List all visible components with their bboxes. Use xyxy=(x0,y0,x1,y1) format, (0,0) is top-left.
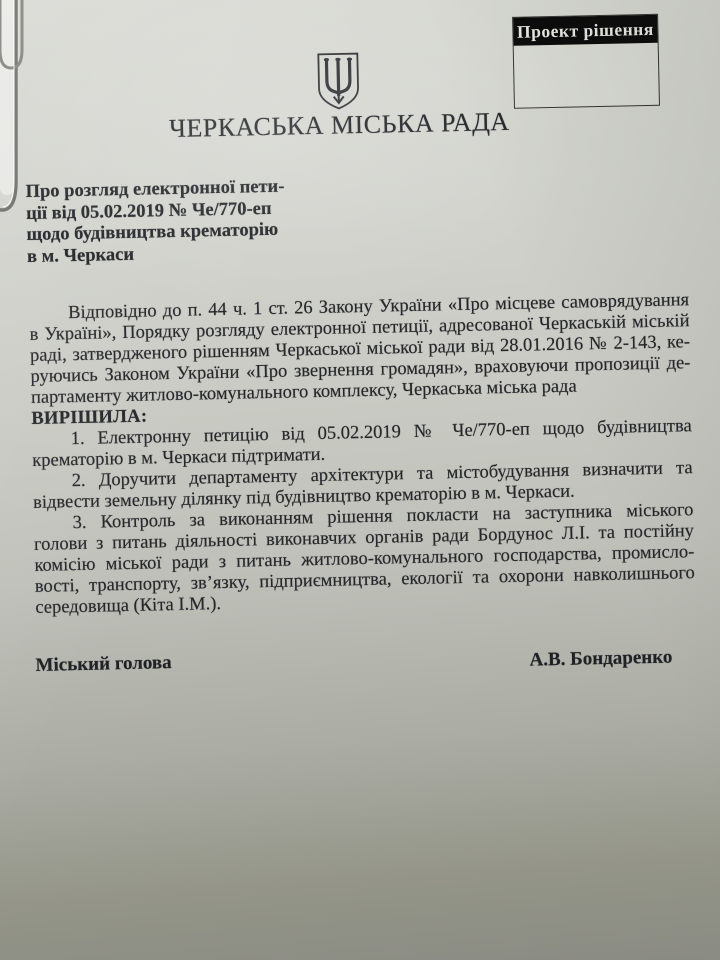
document-photo: Проект рішення xyxy=(0,0,720,960)
document-body: Проект рішення xyxy=(0,0,720,960)
stamp-empty-field xyxy=(514,43,659,108)
stamp-title: Проект рішення xyxy=(513,15,658,46)
resolution-item-3: 3. Контроль за виконанням рішення поклас… xyxy=(33,500,695,619)
document-subject: Про розгляд електронної пети-ції від 05.… xyxy=(25,175,357,269)
intro-paragraph: Відповідно до п. 44 ч. 1 ст. 26 Закону У… xyxy=(29,290,691,409)
signature-role: Міський голова xyxy=(35,652,172,677)
signature-name: А.В. Бондаренко xyxy=(529,647,672,672)
organization-title: ЧЕРКАСЬКА МІСЬКА РАДА xyxy=(0,103,685,147)
draft-decision-stamp: Проект рішення xyxy=(512,14,660,109)
ukraine-trident-emblem-icon xyxy=(314,52,363,116)
document-text: Відповідно до п. 44 ч. 1 ст. 26 Закону У… xyxy=(29,290,695,619)
